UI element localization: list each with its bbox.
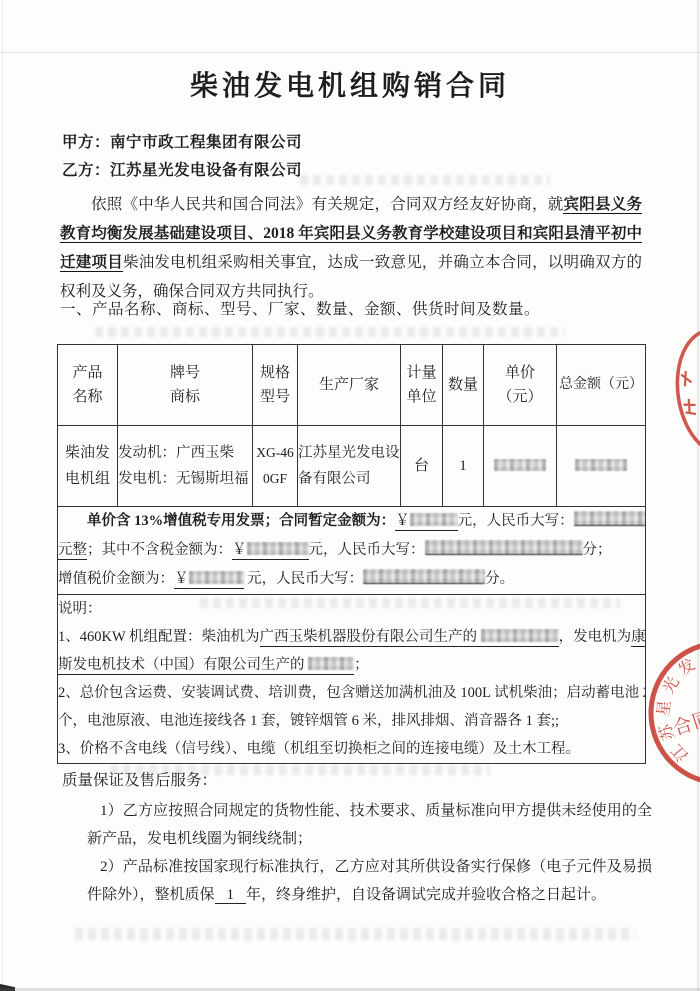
product-table: 产品 名称 牌号 商标 规格 型号 生产厂家 计量 单位 数量 单价 （元） 总…	[57, 344, 646, 764]
col-header-model: 规格 型号	[253, 345, 298, 426]
col-header-quantity: 数量	[443, 345, 484, 426]
contract-title: 柴油发电机组购销合同	[0, 64, 700, 104]
quality-item-2: 2）产品标准按国家现行标准执行，乙方应对其所供设备实行保修（电子元件及易损件除外…	[62, 853, 652, 909]
scan-right-edge	[697, 0, 699, 991]
intro-paragraph: 依照《中华人民共和国合同法》有关规定，合同双方经友好协商，就宾阳县义务教育均衡发…	[60, 190, 642, 306]
redacted-vat-amount	[189, 571, 244, 584]
notes-item2-line1: 2、总价包含运费、安装调试费、培训费，包含赠送加满机油及 100L 试机柴油；启…	[58, 679, 645, 707]
seal-text-arc	[655, 647, 700, 757]
yuan-zheng-underlined: 元整	[58, 542, 87, 560]
tax-section-row: 单价含 13%增值税专用发票；合同暂定金额为：￥元，人民币大写： 元整；其中不含…	[58, 507, 646, 595]
redacted-vat-words	[363, 569, 485, 584]
tax-l2-text: ；其中不含税金额为：	[87, 542, 232, 558]
tax-l1-text: 单价含 13%增值税专用发票；合同暂定金额为：	[87, 513, 395, 529]
quality-item-1: 1）乙方应按照合同规定的货物性能、技术要求、质量标准向甲方提供未经使用的全新产品…	[62, 797, 652, 853]
tax-l1-text2: 元，人民币大写：	[458, 513, 574, 529]
col-header-product: 产品 名称	[58, 345, 118, 426]
redacted-total-amount	[575, 459, 627, 471]
table-header-row: 产品 名称 牌号 商标 规格 型号 生产厂家 计量 单位 数量 单价 （元） 总…	[58, 345, 646, 426]
quality-heading: 质量保证及售后服务：	[62, 768, 217, 790]
notes-section-row: 说明： 1、460KW 机组配置：柴油机为广西玉柴机器股份有限公司生产的 ，发电…	[58, 595, 646, 764]
currency-symbol: ￥	[395, 513, 410, 529]
stamp-glyph-fragment	[681, 370, 692, 386]
scan-left-edge	[2, 0, 3, 991]
bleed-through-artifact	[300, 175, 550, 185]
quality-i2-text2: 年，终身维护，自设备调试完成并验收合格之日起计。	[246, 887, 606, 903]
tax-line-2: 元整；其中不含税金额为：￥元，人民币大写：分；	[58, 536, 645, 565]
tax-line-1: 单价含 13%增值税专用发票；合同暂定金额为：￥元，人民币大写：	[58, 507, 645, 536]
currency-symbol: ￥	[174, 571, 189, 587]
alternator-maker-start: 康明	[631, 629, 645, 647]
intro-seg2: 柴油发电机组采购相关事宜，达成一致意见，并确立本合同，以明确双方的权利及义务，确…	[60, 254, 642, 300]
notes-i1-text2: ，发电机为	[559, 629, 632, 645]
tax-l3-text: 增值税价金额为：	[58, 571, 174, 587]
table-row: 柴油发电机组 发动机：广西玉柴 发电机：无锡斯坦福 XG-460GF 江苏星光发…	[58, 426, 646, 507]
tax-l3-text3: 分。	[485, 571, 514, 587]
alternator-maker-underlined: 斯发电机技术（中国）有限公司生产的	[58, 657, 354, 675]
col-header-manufacturer: 生产厂家	[298, 345, 401, 426]
stamp-oval-border	[670, 325, 700, 458]
amount-contract: ￥	[395, 513, 458, 531]
notes-item1-line1: 1、460KW 机组配置：柴油机为广西玉柴机器股份有限公司生产的 ，发电机为康明	[58, 623, 645, 651]
redacted-amount-words	[574, 511, 645, 526]
cell-brand: 发动机：广西玉柴 发电机：无锡斯坦福	[118, 426, 253, 507]
intro-seg1: 依照《中华人民共和国合同法》有关规定，合同双方经友好协商，就	[91, 196, 563, 213]
tax-line-3: 增值税价金额为：￥ 元，人民币大写：分。	[58, 565, 645, 594]
tax-l2-text3: 分；	[583, 542, 612, 558]
notes-cell: 说明： 1、460KW 机组配置：柴油机为广西玉柴机器股份有限公司生产的 ，发电…	[58, 595, 646, 764]
col-header-unit-price: 单价 （元）	[484, 345, 557, 426]
brand-alternator: 发电机：无锡斯坦福	[118, 466, 252, 492]
col-header-brand: 牌号 商标	[118, 345, 253, 426]
party-b-line: 乙方：江苏星光发电设备有限公司	[62, 158, 302, 180]
tax-paragraph-cell: 单价含 13%增值税专用发票；合同暂定金额为：￥元，人民币大写： 元整；其中不含…	[58, 507, 646, 595]
scanned-contract-page: 柴油发电机组购销合同 甲方：南宁市政工程集团有限公司 乙方：江苏星光发电设备有限…	[0, 0, 700, 991]
notes-i1-text: 1、460KW 机组配置：柴油机为	[58, 629, 260, 645]
warranty-years-underlined: 1	[215, 887, 247, 904]
tax-l3-text2: 元，人民币大写：	[244, 571, 364, 587]
currency-symbol: ￥	[232, 542, 247, 558]
bleed-through-artifact	[75, 928, 635, 940]
scan-hairline	[0, 52, 700, 53]
cell-product-name: 柴油发电机组	[58, 426, 118, 507]
bleed-through-artifact	[95, 327, 565, 337]
tax-l2-text2: 元，人民币大写：	[309, 542, 425, 558]
notes-i1-text3: ；	[354, 657, 369, 673]
cell-unit-price	[484, 426, 557, 507]
notes-item2-line2: 个，电池原液、电池连接线各 1 套，镀锌烟管 6 米，排风排烟、消音器各 1 套…	[58, 707, 645, 735]
cell-manufacturer: 江苏星光发电设备有限公司	[298, 426, 401, 507]
cell-quantity: 1	[443, 426, 484, 507]
redacted-extax-amount	[247, 542, 309, 555]
cell-total-amount	[557, 426, 646, 507]
redacted-contract-amount	[410, 513, 458, 526]
redacted-unit-price	[494, 459, 546, 471]
engine-maker-underlined: 广西玉柴机器股份有限公司生产的	[260, 629, 559, 647]
seal-center-text: 合同专用章	[670, 688, 700, 740]
amount-vat: ￥	[174, 571, 244, 589]
top-right-partial-stamp	[652, 318, 700, 478]
section1-heading: 一、产品名称、商标、型号、厂家、数量、金额、供货时间及数量。	[60, 297, 540, 319]
notes-item1-line2: 斯发电机技术（中国）有限公司生产的 ；	[58, 651, 645, 679]
redacted-engine-model	[481, 629, 559, 642]
col-header-total: 总金额（元）	[557, 345, 646, 426]
stamp-glyph-fragment	[683, 398, 697, 416]
notes-label: 说明：	[58, 595, 645, 623]
alternator-maker-text: 斯发电机技术（中国）有限公司生产的	[58, 657, 308, 673]
redacted-alternator-model	[308, 657, 354, 670]
brand-engine: 发动机：广西玉柴	[118, 440, 252, 466]
col-header-unit: 计量 单位	[401, 345, 443, 426]
notes-item3: 3、价格不含电线（信号线）、电缆（机组至切换柜之间的连接电缆）及土木工程。	[58, 735, 645, 763]
redacted-extax-words	[425, 540, 583, 555]
amount-ex-tax: ￥	[232, 542, 309, 560]
engine-maker-text: 广西玉柴机器股份有限公司生产的	[260, 629, 481, 645]
party-a-line: 甲方：南宁市政工程集团有限公司	[62, 130, 302, 152]
cell-unit: 台	[401, 426, 443, 507]
cell-model: XG-460GF	[253, 426, 298, 507]
